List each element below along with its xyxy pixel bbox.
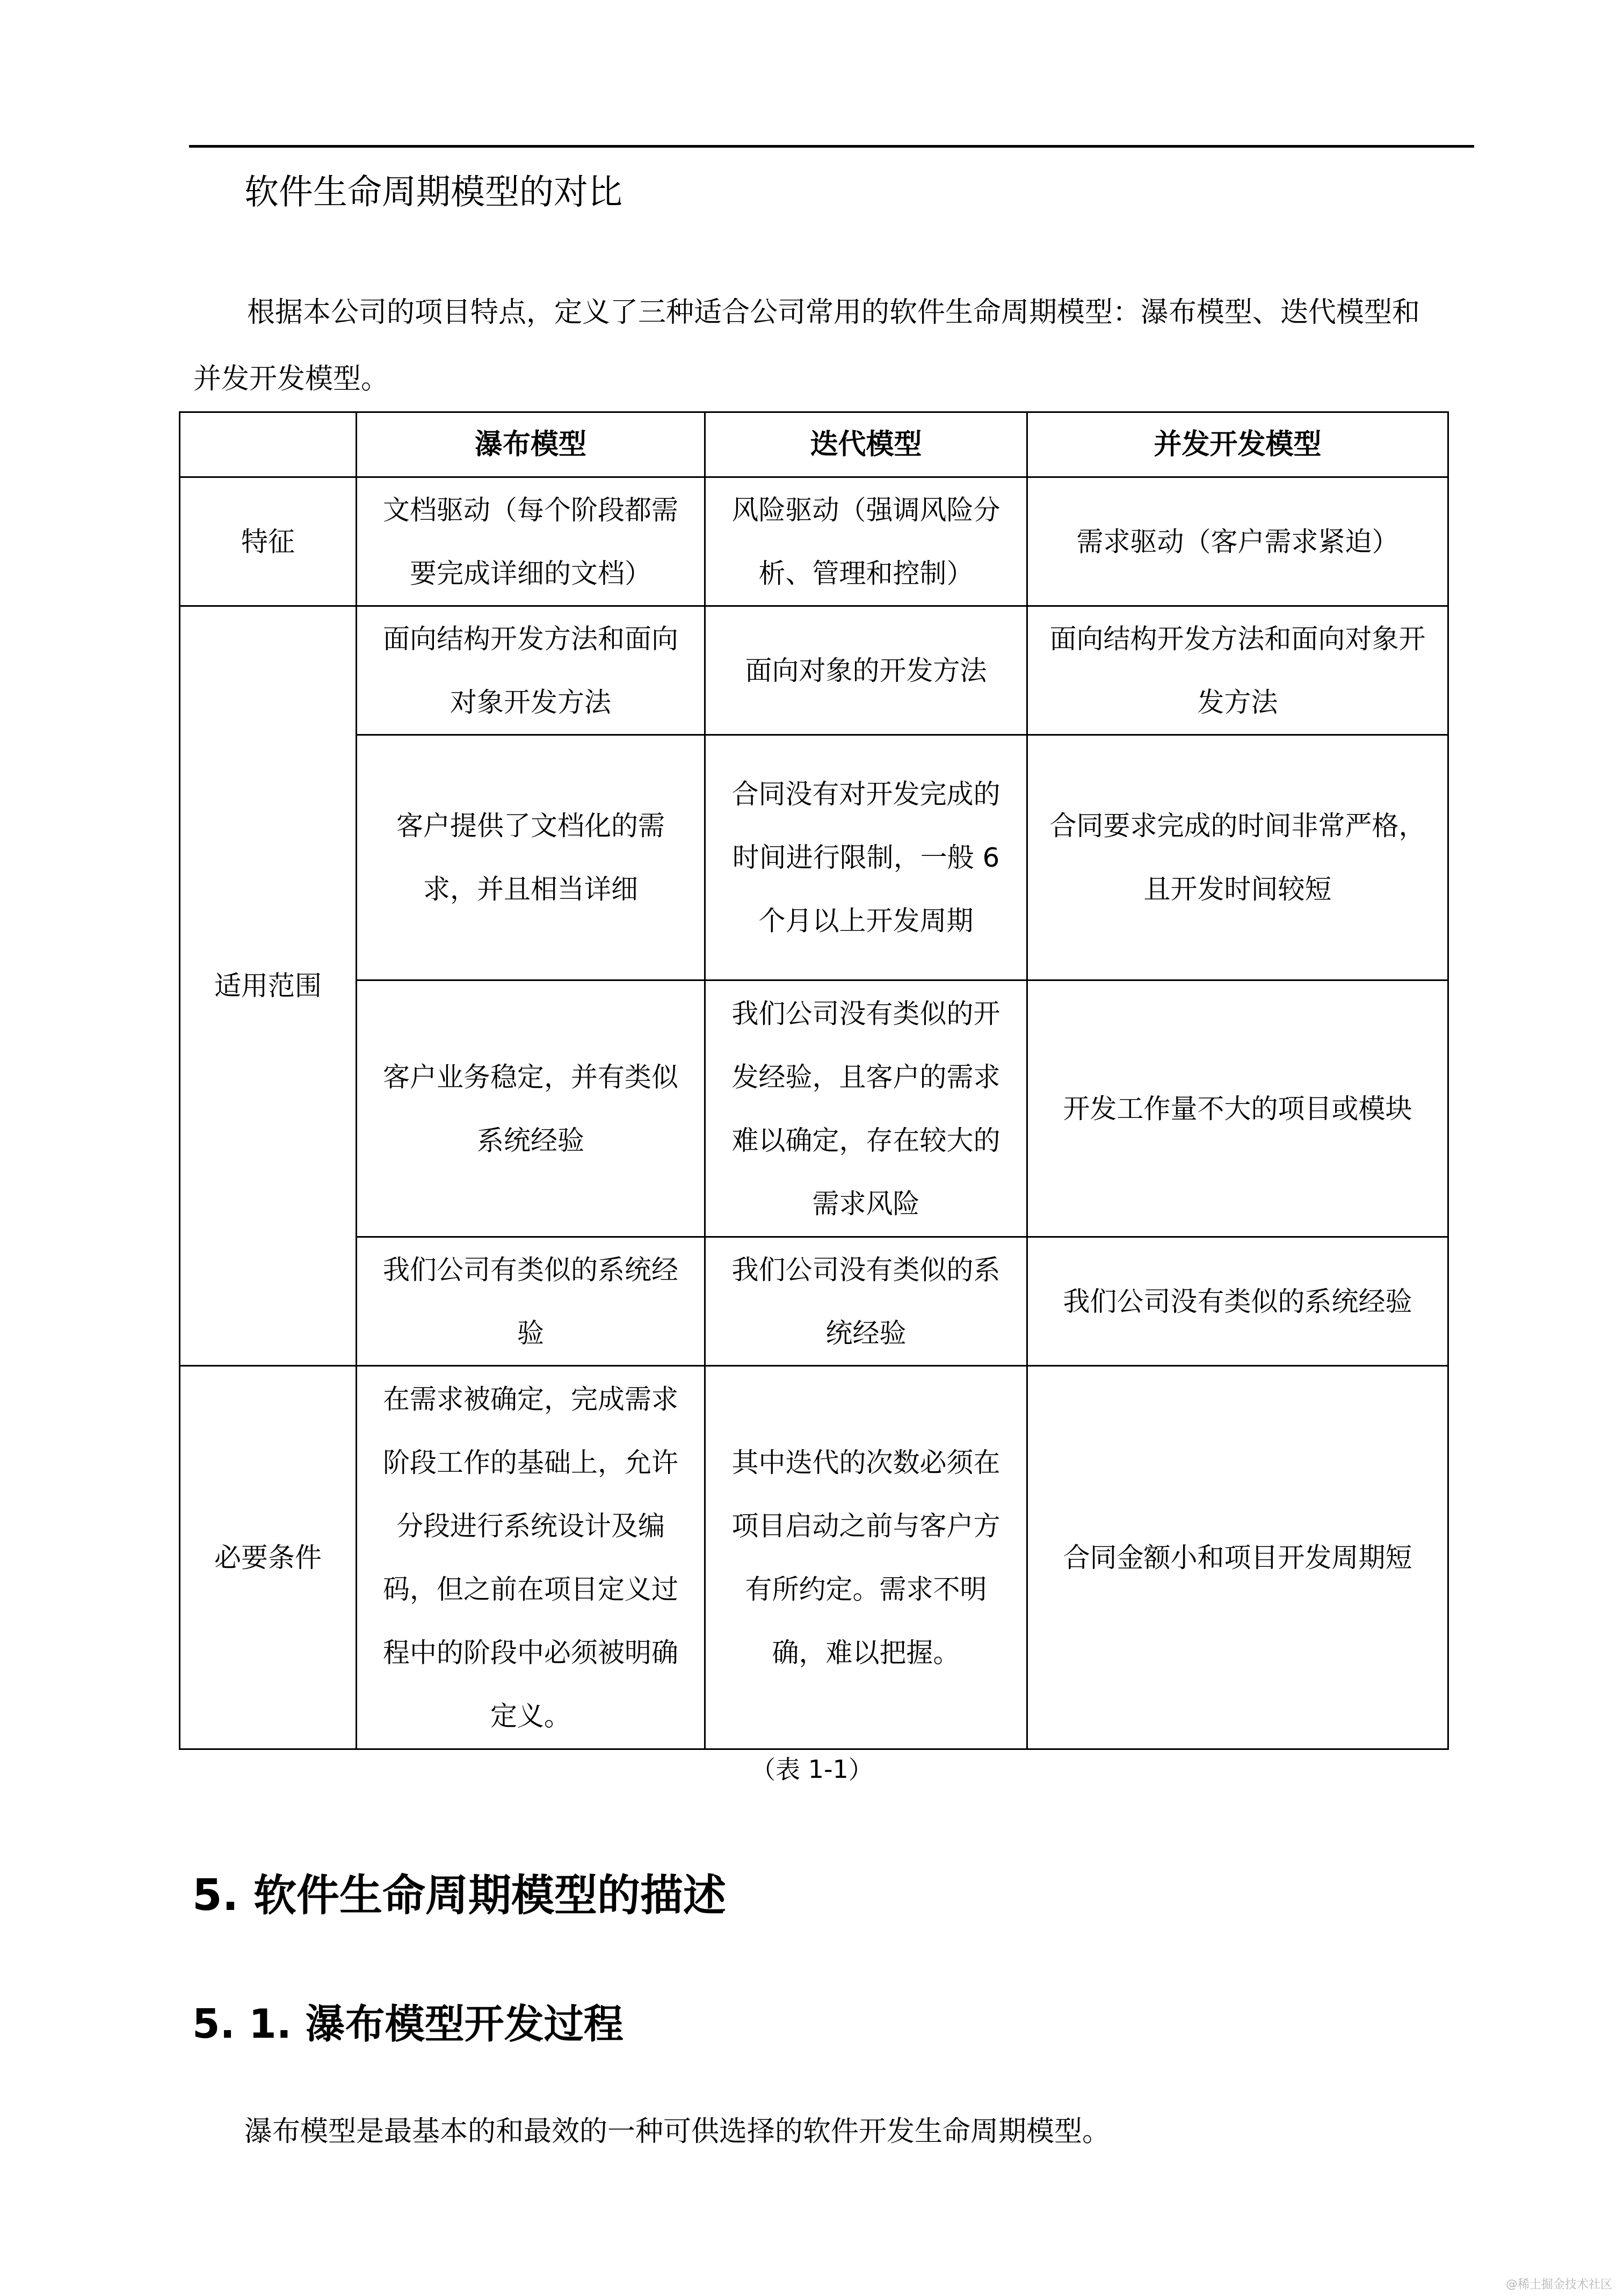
table-caption: （表 1-1）	[0, 1750, 1624, 1788]
table-row-features: 特征 文档驱动（每个阶段都需要完成详细的文档） 风险驱动（强调风险分析、管理和控…	[180, 477, 1448, 606]
intro-line-1: 根据本公司的项目特点，定义了三种适合公司常用的软件生命周期模型：瀑布模型、迭代模…	[193, 279, 1450, 346]
cell-prereq-concurrent: 合同金额小和项目开发周期短	[1027, 1366, 1448, 1749]
row-label-features: 特征	[180, 477, 357, 606]
cell-scope1-concurrent: 面向结构开发方法和面向对象开发方法	[1027, 606, 1448, 735]
header-rule	[189, 145, 1474, 148]
header-waterfall: 瀑布模型	[357, 412, 705, 477]
cell-scope2-waterfall: 客户提供了文档化的需求，并且相当详细	[357, 735, 705, 980]
waterfall-description-paragraph: 瀑布模型是最基本的和最效的一种可供选择的软件开发生命周期模型。	[244, 2110, 1110, 2153]
cell-scope3-waterfall: 客户业务稳定，并有类似系统经验	[357, 980, 705, 1237]
cell-features-waterfall: 文档驱动（每个阶段都需要完成详细的文档）	[357, 477, 705, 606]
table-row-prerequisites: 必要条件 在需求被确定，完成需求阶段工作的基础上，允许分段进行系统设计及编码，但…	[180, 1366, 1448, 1749]
cell-scope2-iterative: 合同没有对开发完成的时间进行限制，一般 6 个月以上开发周期	[705, 735, 1027, 980]
cell-prereq-iterative: 其中迭代的次数必须在项目启动之前与客户方有所约定。需求不明确，难以把握。	[705, 1366, 1027, 1749]
cell-features-concurrent: 需求驱动（客户需求紧迫）	[1027, 477, 1448, 606]
table-row-scope-1: 适用范围 面向结构开发方法和面向对象开发方法 面向对象的开发方法 面向结构开发方…	[180, 606, 1448, 735]
row-label-prerequisites: 必要条件	[180, 1366, 357, 1749]
header-empty	[180, 412, 357, 477]
intro-line-2: 并发开发模型。	[193, 346, 1450, 412]
table-row-scope-4: 我们公司有类似的系统经验 我们公司没有类似的系统经验 我们公司没有类似的系统经验	[180, 1237, 1448, 1366]
cell-scope2-concurrent: 合同要求完成的时间非常严格，且开发时间较短	[1027, 735, 1448, 980]
lifecycle-comparison-table: 瀑布模型 迭代模型 并发开发模型 特征 文档驱动（每个阶段都需要完成详细的文档）…	[179, 411, 1449, 1750]
heading-5-1: 5. 1. 瀑布模型开发过程	[192, 1997, 624, 2051]
header-iterative: 迭代模型	[705, 412, 1027, 477]
cell-scope4-waterfall: 我们公司有类似的系统经验	[357, 1237, 705, 1366]
cell-scope1-waterfall: 面向结构开发方法和面向对象开发方法	[357, 606, 705, 735]
cell-scope4-concurrent: 我们公司没有类似的系统经验	[1027, 1237, 1448, 1366]
table-header-row: 瀑布模型 迭代模型 并发开发模型	[180, 412, 1448, 477]
watermark: @稀土掘金技术社区	[1506, 2275, 1612, 2292]
table-row-scope-2: 客户提供了文档化的需求，并且相当详细 合同没有对开发完成的时间进行限制，一般 6…	[180, 735, 1448, 980]
cell-scope3-iterative: 我们公司没有类似的开发经验，且客户的需求难以确定，存在较大的需求风险	[705, 980, 1027, 1237]
heading-5: 5. 软件生命周期模型的描述	[192, 1869, 726, 1922]
cell-prereq-waterfall: 在需求被确定，完成需求阶段工作的基础上，允许分段进行系统设计及编码，但之前在项目…	[357, 1366, 705, 1749]
table-row-scope-3: 客户业务稳定，并有类似系统经验 我们公司没有类似的开发经验，且客户的需求难以确定…	[180, 980, 1448, 1237]
row-label-scope: 适用范围	[180, 606, 357, 1366]
cell-scope4-iterative: 我们公司没有类似的系统经验	[705, 1237, 1027, 1366]
header-concurrent: 并发开发模型	[1027, 412, 1448, 477]
intro-paragraph: 根据本公司的项目特点，定义了三种适合公司常用的软件生命周期模型：瀑布模型、迭代模…	[193, 279, 1450, 412]
cell-features-iterative: 风险驱动（强调风险分析、管理和控制）	[705, 477, 1027, 606]
cell-scope1-iterative: 面向对象的开发方法	[705, 606, 1027, 735]
section-title: 软件生命周期模型的对比	[244, 171, 622, 214]
cell-scope3-concurrent: 开发工作量不大的项目或模块	[1027, 980, 1448, 1237]
